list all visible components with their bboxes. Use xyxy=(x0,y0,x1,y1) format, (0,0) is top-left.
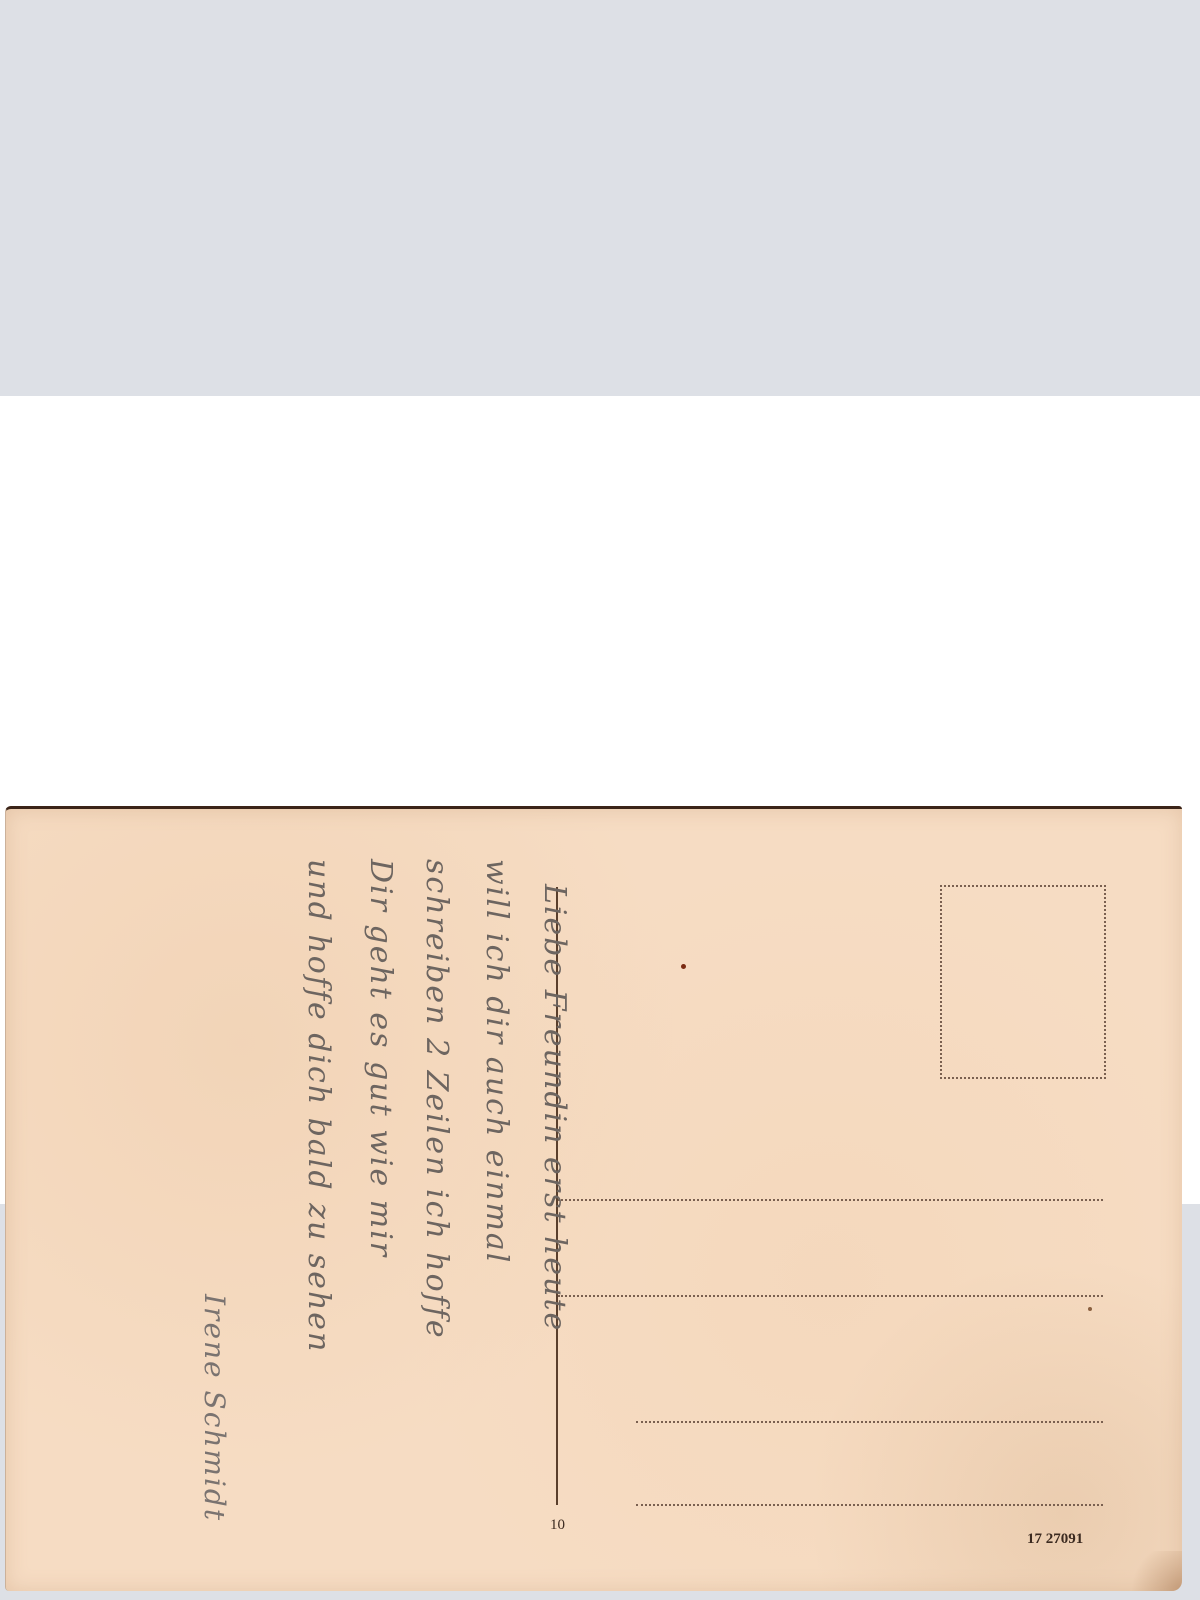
handwritten-line: Dir geht es gut wie mir xyxy=(363,859,398,1258)
corner-wear xyxy=(1122,1551,1182,1591)
ink-speck xyxy=(1088,1307,1092,1311)
signature: Irene Schmidt xyxy=(198,1294,231,1522)
address-line-1 xyxy=(558,1199,1103,1201)
handwritten-line: will ich dir auch einmal xyxy=(479,859,514,1264)
address-line-3 xyxy=(636,1421,1103,1423)
postcard-back: 10 17 27091 Liebe Freundin erst heute wi… xyxy=(5,806,1182,1591)
printed-number-right: 17 27091 xyxy=(1027,1531,1083,1548)
address-line-2 xyxy=(558,1295,1103,1297)
handwritten-line: und hoffe dich bald zu sehen xyxy=(301,859,336,1353)
handwritten-line: Liebe Freundin erst heute xyxy=(537,884,572,1332)
photo-frame: 10 17 27091 Liebe Freundin erst heute wi… xyxy=(0,396,1200,1204)
address-line-4 xyxy=(636,1504,1103,1506)
printed-number-left: 10 xyxy=(550,1517,565,1534)
handwritten-line: schreiben 2 Zeilen ich hoffe xyxy=(419,859,454,1340)
ink-speck xyxy=(681,964,686,969)
stamp-box xyxy=(940,885,1106,1079)
